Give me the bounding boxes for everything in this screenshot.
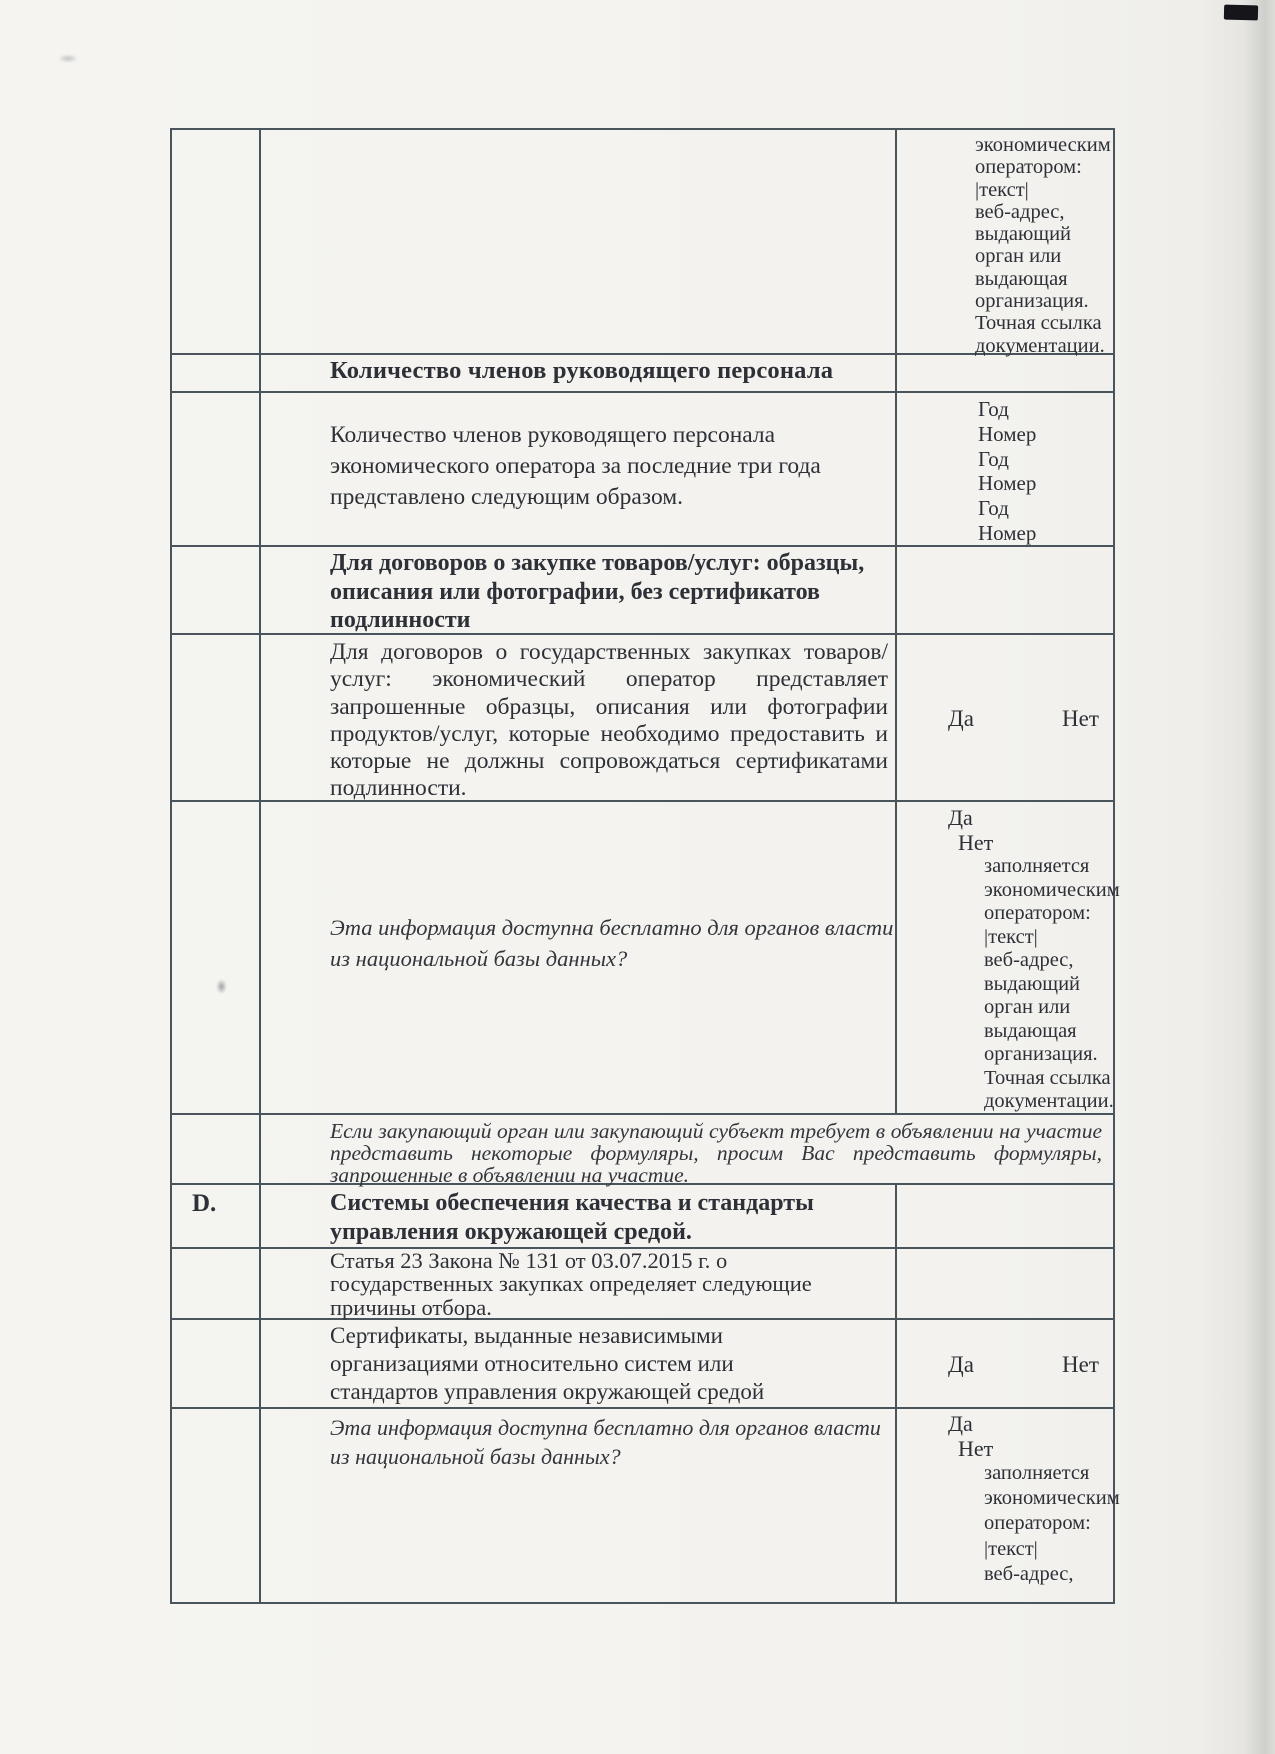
cell-free-info-options-1: Да Нет заполняетсяэкономическимоператоро… (948, 805, 1116, 1114)
filled-by-operator-note: заполняетсяэкономическимоператором:|текс… (984, 1461, 1116, 1587)
text-line: веб-адрес, (984, 1562, 1116, 1587)
text-line: Год (978, 447, 1108, 472)
text-line: веб-адрес, (984, 949, 1116, 973)
no-option: Нет (1062, 706, 1099, 732)
filled-by-operator-note: заполняетсяэкономическимоператором:|текс… (984, 855, 1116, 1114)
text-line: Номер (978, 521, 1108, 546)
table-border-vertical (170, 128, 172, 1604)
yes-option: Да (948, 805, 1116, 830)
heading-quality-systems: Системы обеспечения качества и стандарты… (330, 1189, 890, 1247)
text-line: Номер (978, 422, 1108, 447)
text-line: Точная ссылка (984, 1067, 1116, 1091)
no-option: Нет (958, 830, 1116, 855)
heading-managerial-staff: Количество членов руководящего персонала (330, 357, 890, 385)
cell-free-info-question-2: Эта информация доступна бесплатно для ор… (330, 1413, 895, 1471)
text-line: выдающая (975, 268, 1115, 290)
heading-supply-contracts-samples: Для договоров о закупке товаров/услуг: о… (330, 549, 895, 635)
text-line: веб-адрес, (975, 201, 1115, 223)
cell-forms-request-note: Если закупающий орган или закупающий суб… (330, 1120, 1102, 1187)
table-border-vertical (895, 128, 897, 1113)
cell-section-letter: D. (192, 1190, 216, 1218)
text-line: Год (978, 397, 1108, 422)
scanned-document-page: экономическимоператором:|текст|веб-адрес… (0, 0, 1275, 1754)
text-line: |текст| (984, 926, 1116, 950)
text-line: выдающая (984, 1020, 1116, 1044)
text-line: оператором: (975, 156, 1115, 178)
cell-managerial-staff-text: Количество членов руководящего персонала… (330, 420, 895, 513)
cell-free-info-question-1: Эта информация доступна бесплатно для ор… (330, 912, 895, 974)
scan-artifact-smudge (58, 54, 78, 63)
text-line: экономическим (975, 134, 1115, 156)
table-border-horizontal (170, 1602, 1115, 1604)
text-line: организация. (975, 290, 1115, 312)
cell-samples-paragraph: Для договоров о государственных закупках… (330, 639, 888, 803)
text-line: организация. (984, 1043, 1116, 1067)
cell-samples-yes-no: Да Нет (948, 706, 1118, 732)
scan-artifact-corner-mark (1224, 5, 1258, 21)
table-border-horizontal (170, 391, 1115, 393)
yes-option: Да (948, 1352, 974, 1377)
yes-option: Да (948, 1411, 1116, 1436)
table-border-vertical (895, 1183, 897, 1602)
text-line: оператором: (984, 902, 1116, 926)
text-line: документации. (975, 335, 1115, 357)
no-option: Нет (958, 1436, 1116, 1461)
cell-certificates-text: Сертификаты, выданные независимыми орган… (330, 1322, 835, 1406)
no-option: Нет (1062, 1352, 1099, 1378)
text-line: заполняется (984, 855, 1116, 879)
cell-law-article-text: Статья 23 Закона № 131 от 03.07.2015 г. … (330, 1249, 835, 1319)
table-border-horizontal (170, 353, 1115, 355)
text-line: |текст| (984, 1537, 1116, 1562)
text-line: документации. (984, 1090, 1116, 1114)
table-border-vertical (259, 128, 261, 1604)
yes-option: Да (948, 706, 974, 731)
table-border-horizontal (170, 128, 1115, 130)
cell-documentation-reference-continued: экономическимоператором:|текст|веб-адрес… (975, 134, 1115, 357)
text-line: орган или (975, 245, 1115, 267)
text-line: экономическим (984, 879, 1116, 903)
text-line: Номер (978, 471, 1108, 496)
text-line: Год (978, 496, 1108, 521)
cell-year-number-list: ГодНомерГодНомерГодНомер (978, 397, 1108, 546)
table-border-horizontal (170, 1407, 1115, 1409)
text-line: |текст| (975, 179, 1115, 201)
text-line: Точная ссылка (975, 312, 1115, 334)
table-border-horizontal (170, 545, 1115, 547)
cell-free-info-options-2: Да Нет заполняетсяэкономическимоператоро… (948, 1411, 1116, 1587)
text-line: орган или (984, 996, 1116, 1020)
text-line: выдающий (975, 223, 1115, 245)
text-line: заполняется (984, 1461, 1116, 1486)
text-line: оператором: (984, 1511, 1116, 1536)
cell-certificates-yes-no: Да Нет (948, 1352, 1118, 1378)
text-line: выдающий (984, 973, 1116, 997)
text-line: экономическим (984, 1486, 1116, 1511)
scan-artifact-smudge (216, 979, 227, 994)
